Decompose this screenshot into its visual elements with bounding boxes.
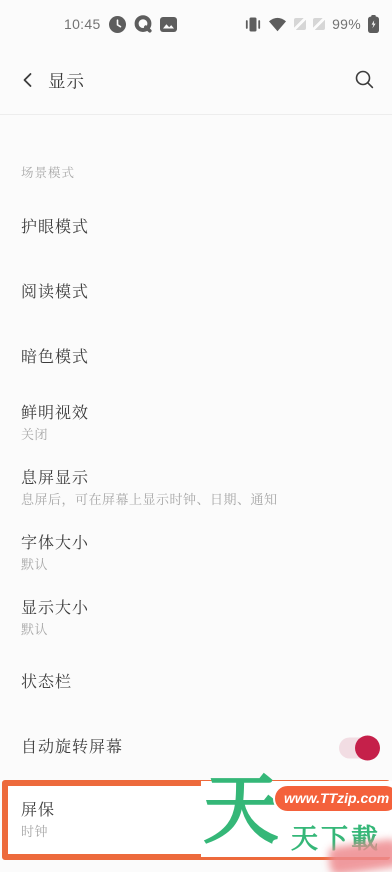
ttzip-watermark: 天 www.TTzip.com 天下載 [201, 781, 392, 857]
wifi-icon [268, 17, 287, 32]
status-bar-left: 10:45 [64, 0, 177, 48]
battery-percent: 99% [332, 16, 361, 32]
row-dark-mode[interactable]: 暗色模式 [0, 325, 392, 390]
status-bar-right: 99% [245, 0, 379, 48]
row-title: 护眼模式 [21, 218, 371, 237]
battery-icon [368, 15, 379, 33]
row-status-bar[interactable]: 状态栏 [0, 650, 392, 715]
row-subtitle: 息屏后，可在屏幕上显示时钟、日期、通知 [21, 492, 371, 507]
watermark-big-char: 天 [203, 773, 279, 849]
clock-icon [109, 16, 126, 33]
section-label-scene-mode: 场景模式 [21, 163, 392, 181]
row-vivid-effect[interactable]: 鲜明视效 关闭 [0, 390, 392, 455]
display-settings-screen: 10:45 99% [0, 0, 392, 872]
row-title: 暗色模式 [21, 348, 371, 367]
auto-rotate-toggle[interactable] [339, 737, 379, 758]
row-title: 字体大小 [21, 534, 371, 553]
search-button[interactable] [352, 70, 376, 94]
back-button[interactable] [16, 70, 40, 94]
row-title: 显示大小 [21, 599, 371, 618]
row-title: 状态栏 [21, 673, 371, 692]
settings-rows: 护眼模式 阅读模式 暗色模式 鲜明视效 关闭 息屏显示 息屏后，可在屏幕上显示时… [0, 195, 392, 860]
sim1-disabled-icon [294, 18, 306, 30]
page-title: 显示 [48, 69, 85, 94]
row-reading-mode[interactable]: 阅读模式 [0, 260, 392, 325]
search-icon [354, 69, 375, 95]
header: 显示 [0, 48, 392, 114]
row-display-size[interactable]: 显示大小 默认 [0, 585, 392, 650]
row-title: 自动旋转屏幕 [21, 738, 371, 757]
vibrate-icon [245, 16, 261, 33]
row-title: 阅读模式 [21, 283, 371, 302]
status-bar: 10:45 99% [0, 0, 392, 48]
row-ambient-display[interactable]: 息屏显示 息屏后，可在屏幕上显示时钟、日期、通知 [0, 455, 392, 520]
chevron-left-icon [19, 71, 37, 94]
chat-icon [134, 15, 152, 33]
row-subtitle: 默认 [21, 557, 371, 572]
status-time: 10:45 [64, 16, 101, 32]
row-subtitle: 关闭 [21, 427, 371, 442]
row-font-size[interactable]: 字体大小 默认 [0, 520, 392, 585]
toggle-knob [355, 735, 380, 760]
row-auto-rotate[interactable]: 自动旋转屏幕 [0, 715, 392, 780]
row-subtitle: 默认 [21, 622, 371, 637]
row-title: 息屏显示 [21, 469, 371, 488]
row-title: 鲜明视效 [21, 404, 371, 423]
sim2-disabled-icon [313, 18, 325, 30]
row-eye-comfort[interactable]: 护眼模式 [0, 195, 392, 260]
settings-list: 场景模式 护眼模式 阅读模式 暗色模式 鲜明视效 关闭 息屏显示 息屏后，可在屏… [0, 115, 392, 860]
photo-icon [160, 17, 177, 32]
watermark-url-badge: www.TTzip.com [273, 784, 392, 813]
